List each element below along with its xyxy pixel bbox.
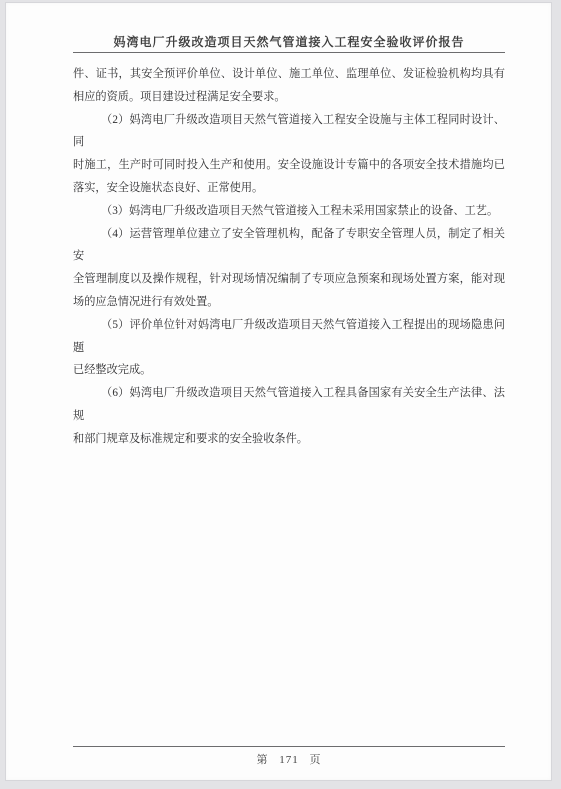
body-line: （5）评价单位针对妈湾电厂升级改造项目天然气管道接入工程提出的现场隐患问题 — [73, 314, 505, 360]
page-number: 第 171 页 — [73, 751, 505, 767]
body-line: （3）妈湾电厂升级改造项目天然气管道接入工程未采用国家禁止的设备、工艺。 — [73, 200, 505, 223]
running-header-title: 妈湾电厂升级改造项目天然气管道接入工程安全验收评价报告 — [73, 33, 505, 50]
body-line: 落实，安全设施状态良好、正常使用。 — [73, 177, 505, 200]
body-line: （2）妈湾电厂升级改造项目天然气管道接入工程安全设施与主体工程同时设计、同 — [73, 109, 505, 155]
body-line: 全管理制度以及操作规程，针对现场情况编制了专项应急预案和现场处置方案，能对现 — [73, 268, 505, 291]
body-line: 和部门规章及标准规定和要求的安全验收条件。 — [73, 428, 505, 451]
header-rule — [73, 52, 505, 53]
document-page: 妈湾电厂升级改造项目天然气管道接入工程安全验收评价报告 件、证书，其安全预评价单… — [5, 2, 552, 781]
body-line: （6）妈湾电厂升级改造项目天然气管道接入工程具备国家有关安全生产法律、法规 — [73, 382, 505, 428]
document-body: 件、证书，其安全预评价单位、设计单位、施工单位、监理单位、发证检验机构均具有相应… — [73, 63, 505, 451]
body-line: 已经整改完成。 — [73, 359, 505, 382]
body-line: 相应的资质。项目建设过程满足安全要求。 — [73, 86, 505, 109]
body-line: 时施工，生产时可同时投入生产和使用。安全设施设计专篇中的各项安全技术措施均已 — [73, 154, 505, 177]
body-line: 场的应急情况进行有效处置。 — [73, 291, 505, 314]
scanned-document-background: 妈湾电厂升级改造项目天然气管道接入工程安全验收评价报告 件、证书，其安全预评价单… — [0, 0, 561, 789]
footer-rule — [73, 746, 505, 747]
body-line: 件、证书，其安全预评价单位、设计单位、施工单位、监理单位、发证检验机构均具有 — [73, 63, 505, 86]
body-line: （4）运营管理单位建立了安全管理机构，配备了专职安全管理人员，制定了相关安 — [73, 223, 505, 269]
